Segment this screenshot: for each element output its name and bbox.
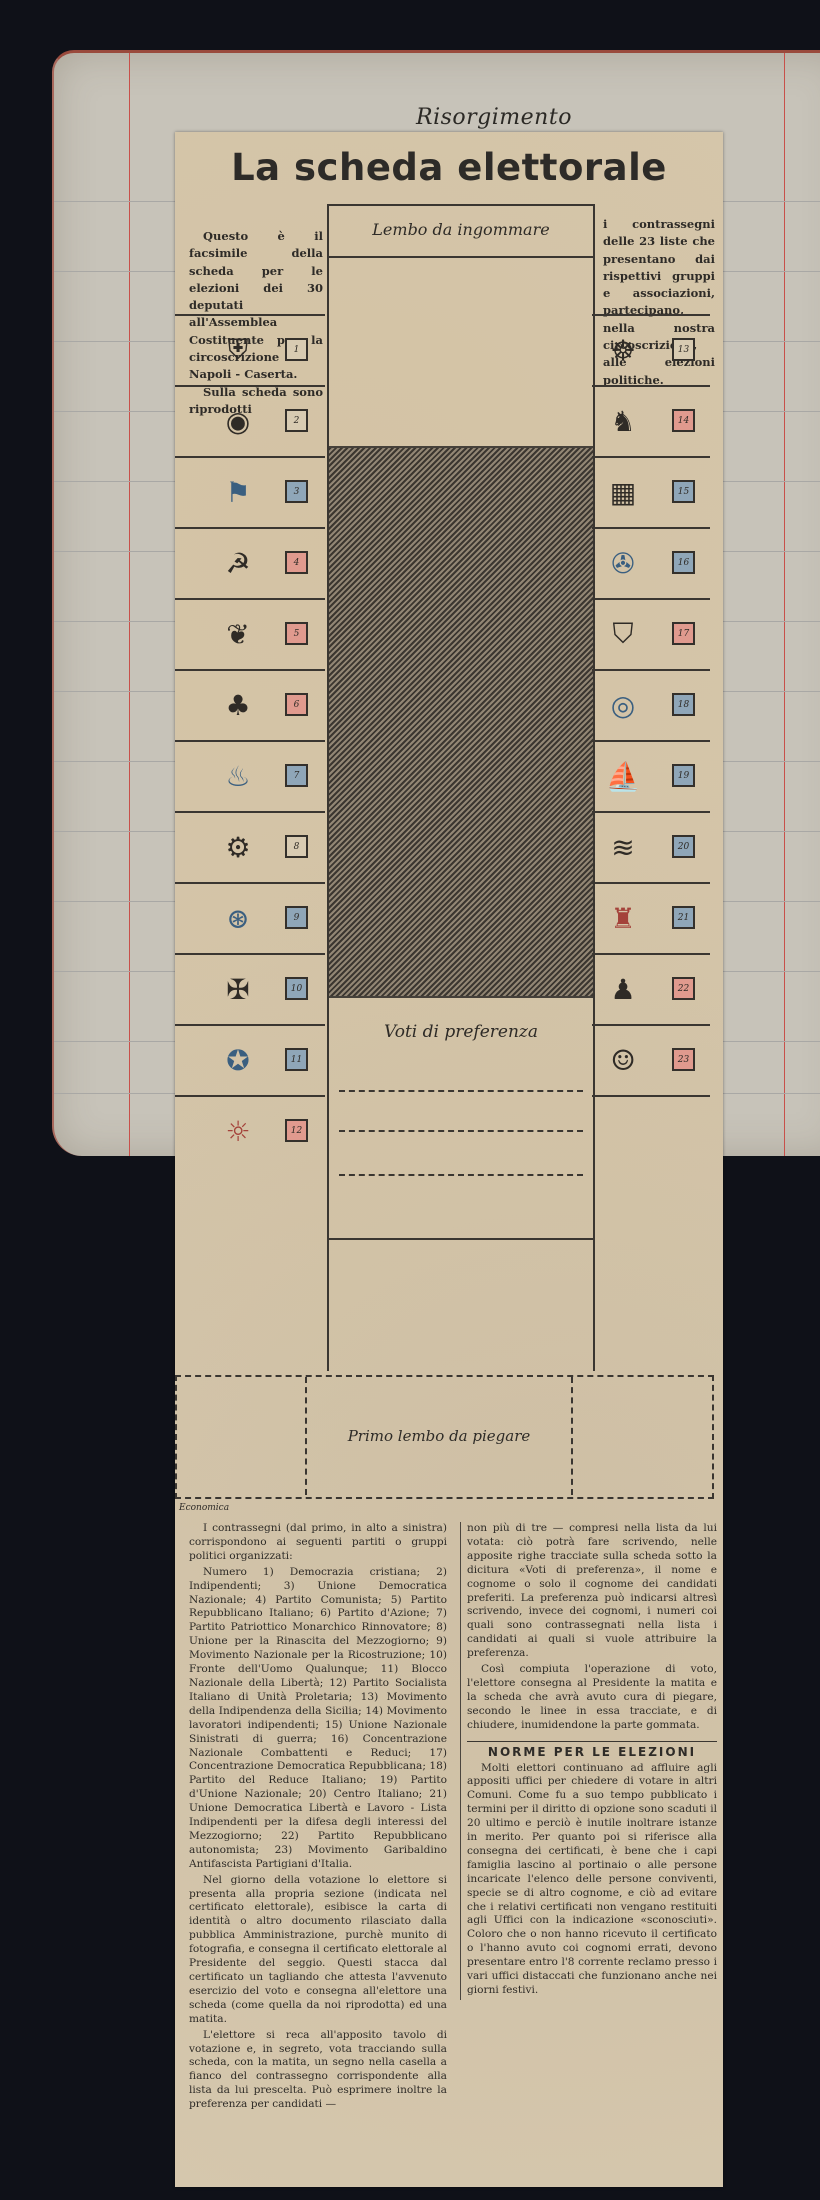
party-slot: ⛨1 bbox=[175, 314, 325, 385]
party-column-right: ☸13 ♞14 ▦15 ✇16 ⛉17 ◎18 ⛵19 ≋20 ♜21 ♟22 … bbox=[592, 314, 710, 1097]
newspaper-clipping: La scheda elettorale Questo è il facsimi… bbox=[175, 132, 723, 2187]
vote-box[interactable]: 11 bbox=[285, 1048, 308, 1071]
flame-patria-icon: ♨ bbox=[213, 751, 263, 801]
vote-box[interactable]: 15 bbox=[672, 480, 695, 503]
party-column-left: ⛨1 ◉2 ⚑3 ☭4 ❦5 ♣6 ♨7 ⚙8 ⊛9 ✠10 ✪11 ☼12 bbox=[175, 314, 325, 1166]
vote-box[interactable]: 17 bbox=[672, 622, 695, 645]
margin-line bbox=[129, 53, 130, 1156]
shield-star-icon: ⛉ bbox=[598, 609, 648, 659]
party-slot: ☺23 bbox=[592, 1024, 710, 1097]
preference-line bbox=[339, 1130, 583, 1132]
body-paragraph: Numero 1) Democrazia cristiana; 2) Indip… bbox=[189, 1566, 447, 1872]
flag-star-sickle-icon: ☭ bbox=[213, 538, 263, 588]
norme-paragraph: Molti elettori continuano ad affluire ag… bbox=[467, 1762, 717, 1998]
party-slot: ☭4 bbox=[175, 527, 325, 598]
vote-box[interactable]: 6 bbox=[285, 693, 308, 716]
body-paragraph: I contrassegni (dal primo, in alto a sin… bbox=[189, 1522, 447, 1564]
donkey-icon: ♞ bbox=[598, 396, 648, 446]
vote-box[interactable]: 22 bbox=[672, 977, 695, 1000]
vote-box[interactable]: 14 bbox=[672, 409, 695, 432]
body-paragraph: non più di tre — compresi nella lista da… bbox=[467, 1522, 717, 1661]
article-body-left: I contrassegni (dal primo, in alto a sin… bbox=[189, 1522, 447, 2114]
vote-box[interactable]: 1 bbox=[285, 338, 308, 361]
vote-box[interactable]: 16 bbox=[672, 551, 695, 574]
chained-figure-icon: ✠ bbox=[213, 964, 263, 1014]
party-slot: ♟22 bbox=[592, 953, 710, 1024]
preference-label: Voti di preferenza bbox=[329, 998, 593, 1042]
vote-box[interactable]: 13 bbox=[672, 338, 695, 361]
vote-box[interactable]: 5 bbox=[285, 622, 308, 645]
ballot-center-panel: Lembo da ingommare Voti di preferenza bbox=[327, 204, 595, 1371]
article-title: La scheda elettorale bbox=[175, 146, 723, 189]
party-slot: ☼12 bbox=[175, 1095, 325, 1166]
fold-label: Primo lembo da piegare bbox=[305, 1377, 573, 1495]
top-flap-label: Lembo da ingommare bbox=[329, 206, 593, 258]
party-slot: ≋20 bbox=[592, 811, 710, 882]
vote-box[interactable]: 3 bbox=[285, 480, 308, 503]
lower-blank-area bbox=[329, 1238, 593, 1370]
vote-box[interactable]: 7 bbox=[285, 764, 308, 787]
star-circle-icon: ✪ bbox=[213, 1035, 263, 1085]
body-paragraph: Nel giorno della votazione lo elettore s… bbox=[189, 1874, 447, 2027]
party-slot: ◉2 bbox=[175, 385, 325, 456]
ship-liberta-icon: ⛵ bbox=[598, 751, 648, 801]
article-body-right: non più di tre — compresi nella lista da… bbox=[460, 1522, 717, 2000]
party-slot: ☸13 bbox=[592, 314, 710, 385]
vote-box[interactable]: 19 bbox=[672, 764, 695, 787]
dancing-figure-icon: ☸ bbox=[598, 325, 648, 375]
party-slot: ⊛9 bbox=[175, 882, 325, 953]
party-slot: ✇16 bbox=[592, 527, 710, 598]
party-slot: ♣6 bbox=[175, 669, 325, 740]
vote-box[interactable]: 4 bbox=[285, 551, 308, 574]
reduci-book-circle-icon: ◎ bbox=[598, 680, 648, 730]
flag-star-circle-icon: ⚑ bbox=[213, 467, 263, 517]
fold-flap: Primo lembo da piegare Economica bbox=[175, 1375, 714, 1499]
popolo-banner-icon: ≋ bbox=[598, 822, 648, 872]
party-slot: ♞14 bbox=[592, 385, 710, 456]
seal-circle-icon: ⊛ bbox=[213, 893, 263, 943]
bugle-star-icon: ✇ bbox=[598, 538, 648, 588]
hatched-area bbox=[329, 446, 593, 998]
party-slot: ♨7 bbox=[175, 740, 325, 811]
party-slot: ❦5 bbox=[175, 598, 325, 669]
body-paragraph: L'elettore si reca all'apposito tavolo d… bbox=[189, 2029, 447, 2112]
lighthouse-icon: ♜ bbox=[598, 893, 648, 943]
vote-box[interactable]: 9 bbox=[285, 906, 308, 929]
preference-votes-area: Voti di preferenza bbox=[329, 998, 593, 1238]
body-paragraph: Così compiuta l'operazione di voto, l'el… bbox=[467, 1663, 717, 1733]
ivy-leaf-icon: ❦ bbox=[213, 609, 263, 659]
vote-box[interactable]: 20 bbox=[672, 835, 695, 858]
partisan-figure-icon: ♟ bbox=[598, 964, 648, 1014]
margin-line bbox=[784, 53, 785, 1156]
party-slot: ⛵19 bbox=[592, 740, 710, 811]
party-slot: ✠10 bbox=[175, 953, 325, 1024]
dark-ring-icon: ◉ bbox=[213, 396, 263, 446]
vote-box[interactable]: 2 bbox=[285, 409, 308, 432]
vote-box[interactable]: 8 bbox=[285, 835, 308, 858]
vote-box[interactable]: 12 bbox=[285, 1119, 308, 1142]
garibaldi-portrait-icon: ☺ bbox=[598, 1035, 648, 1085]
party-slot: ⛉17 bbox=[592, 598, 710, 669]
vote-box[interactable]: 18 bbox=[672, 693, 695, 716]
party-slot: ⚑3 bbox=[175, 456, 325, 527]
preference-line bbox=[339, 1174, 583, 1176]
party-slot: ♜21 bbox=[592, 882, 710, 953]
repubblica-tree-icon: ♣ bbox=[213, 680, 263, 730]
norme-heading: NORME PER LE ELEZIONI bbox=[467, 1741, 717, 1760]
blank-area bbox=[329, 258, 593, 446]
urn-factory-icon: ⚙ bbox=[213, 822, 263, 872]
vote-box[interactable]: 21 bbox=[672, 906, 695, 929]
socialista-sun-icon: ☼ bbox=[213, 1106, 263, 1156]
party-slot: ✪11 bbox=[175, 1024, 325, 1095]
party-slot: ▦15 bbox=[592, 456, 710, 527]
vote-box[interactable]: 23 bbox=[672, 1048, 695, 1071]
party-slot: ◎18 bbox=[592, 669, 710, 740]
print-credit: Economica bbox=[179, 1503, 229, 1513]
party-slot: ⚙8 bbox=[175, 811, 325, 882]
vote-box[interactable]: 10 bbox=[285, 977, 308, 1000]
preference-line bbox=[339, 1090, 583, 1092]
shield-cross-libertas-icon: ⛨ bbox=[213, 325, 263, 375]
building-icon: ▦ bbox=[598, 467, 648, 517]
note-source: Risorgimento bbox=[344, 105, 644, 130]
